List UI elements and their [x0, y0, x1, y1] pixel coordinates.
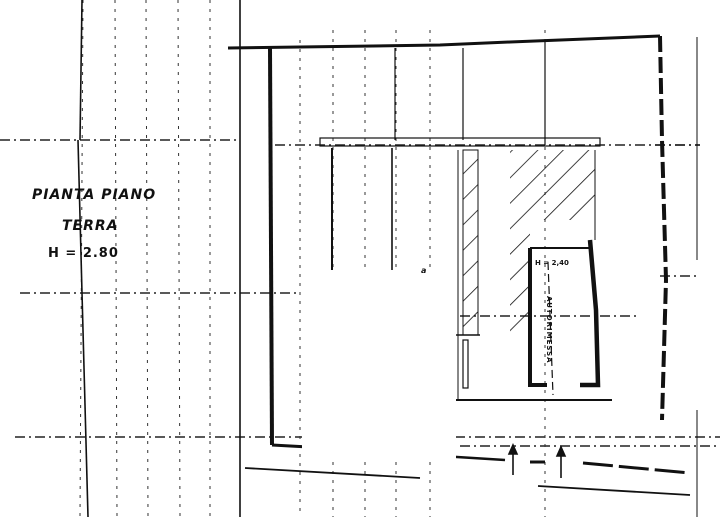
- garage-height-label: H = 2,40: [535, 259, 569, 267]
- point-mark: a: [421, 266, 426, 275]
- door-element: [455, 335, 480, 388]
- height-label: H = 2.80: [48, 246, 119, 261]
- plan-title: PIANTA PIANO: [32, 187, 156, 203]
- plan-subtitle: TERRA: [62, 218, 119, 234]
- garage-name-label: AUTORIMESSA: [545, 296, 553, 364]
- blank-region: [302, 270, 456, 460]
